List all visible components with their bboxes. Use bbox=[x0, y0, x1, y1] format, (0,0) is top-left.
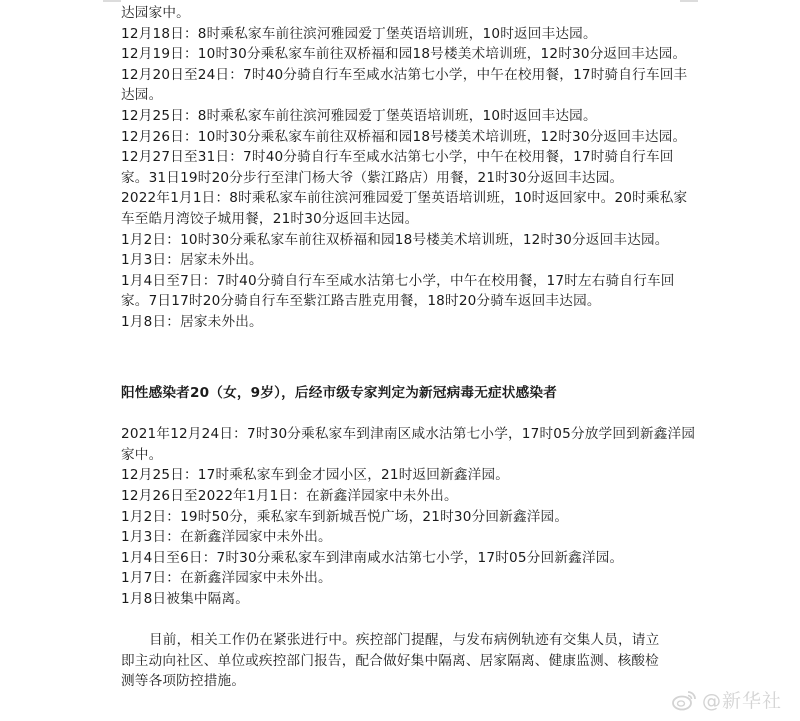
text-line: 家中。 bbox=[121, 445, 691, 466]
weibo-icon bbox=[672, 689, 698, 711]
spacer bbox=[121, 333, 691, 363]
text-line: 12月26日：10时30分乘私家车前往双桥福和园18号楼美术培训班，12时30分… bbox=[121, 127, 691, 148]
spacer bbox=[121, 610, 691, 631]
text-line: 1月4日至6日：7时30分乘私家车到津南咸水沽第七小学，17时05分回新鑫洋园。 bbox=[121, 548, 691, 569]
text-line: 目前，相关工作仍在紧张进行中。疾控部门提醒，与发布病例轨迹有交集人员，请立 bbox=[121, 630, 691, 651]
text-line: 家。7日17时20分骑自行车至紫江路吉胜克用餐，18时20分骑车返回丰达园。 bbox=[121, 291, 691, 312]
text-line: 即主动向社区、单位或疾控部门报告，配合做好集中隔离、居家隔离、健康监测、核酸检 bbox=[121, 651, 691, 672]
text-line: 2021年12月24日：7时30分乘私家车到津南区咸水沽第七小学，17时05分放… bbox=[121, 424, 691, 445]
page-corner-mark-left bbox=[103, 0, 121, 2]
text-line: 1月2日：19时50分，乘私家车到新城吾悦广场，21时30分回新鑫洋园。 bbox=[121, 507, 691, 528]
page-corner-mark-right bbox=[680, 0, 698, 2]
spacer bbox=[121, 363, 691, 384]
text-line: 12月25日：17时乘私家车到金才园小区，21时返回新鑫洋园。 bbox=[121, 465, 691, 486]
text-line: 1月3日：在新鑫洋园家中未外出。 bbox=[121, 527, 691, 548]
text-line: 12月26日至2022年1月1日：在新鑫洋园家中未外出。 bbox=[121, 486, 691, 507]
text-line: 12月20日至24日：7时40分骑自行车至咸水沽第七小学，中午在校用餐，17时骑… bbox=[121, 65, 691, 86]
text-line: 达园家中。 bbox=[121, 3, 691, 24]
section-trajectory-case-20: 2021年12月24日：7时30分乘私家车到津南区咸水沽第七小学，17时05分放… bbox=[121, 424, 691, 609]
text-line: 1月8日被集中隔离。 bbox=[121, 589, 691, 610]
section-heading-case-20: 阳性感染者20（女，9岁），后经市级专家判定为新冠病毒无症状感染者 bbox=[121, 383, 691, 404]
watermark: @新华社 bbox=[672, 686, 782, 713]
spacer bbox=[121, 404, 691, 425]
closing-paragraph: 目前，相关工作仍在紧张进行中。疾控部门提醒，与发布病例轨迹有交集人员，请立 即主… bbox=[121, 630, 691, 692]
text-line: 测等各项防控措施。 bbox=[121, 671, 691, 692]
text-line: 1月7日：在新鑫洋园家中未外出。 bbox=[121, 568, 691, 589]
text-line: 车至皓月湾饺子城用餐，21时30分返回丰达园。 bbox=[121, 209, 691, 230]
text-line: 12月25日：8时乘私家车前往滨河雅园爱丁堡英语培训班，10时返回丰达园。 bbox=[121, 106, 691, 127]
section-trajectory-case-previous: 达园家中。 12月18日：8时乘私家车前往滨河雅园爱丁堡英语培训班，10时返回丰… bbox=[121, 3, 691, 333]
text-line: 1月2日：10时30分乘私家车前往双桥福和园18号楼美术培训班，12时30分返回… bbox=[121, 230, 691, 251]
text-line: 1月8日：居家未外出。 bbox=[121, 312, 691, 333]
text-line: 家。31日19时20分步行至津门杨大爷（紫江路店）用餐，21时30分返回丰达园。 bbox=[121, 168, 691, 189]
watermark-text: @新华社 bbox=[702, 686, 782, 713]
text-line: 12月18日：8时乘私家车前往滨河雅园爱丁堡英语培训班，10时返回丰达园。 bbox=[121, 24, 691, 45]
text-line: 12月27日至31日：7时40分骑自行车至咸水沽第七小学，中午在校用餐，17时骑… bbox=[121, 147, 691, 168]
text-line: 2022年1月1日：8时乘私家车前往滨河雅园爱丁堡英语培训班，10时返回家中。2… bbox=[121, 188, 691, 209]
text-line: 达园。 bbox=[121, 85, 691, 106]
text-line: 1月4日至7日：7时40分骑自行车至咸水沽第七小学，中午在校用餐，17时左右骑自… bbox=[121, 271, 691, 292]
text-line: 12月19日：10时30分乘私家车前往双桥福和园18号楼美术培训班，12时30分… bbox=[121, 44, 691, 65]
text-line: 1月3日：居家未外出。 bbox=[121, 250, 691, 271]
document-body: 达园家中。 12月18日：8时乘私家车前往滨河雅园爱丁堡英语培训班，10时返回丰… bbox=[121, 3, 691, 692]
